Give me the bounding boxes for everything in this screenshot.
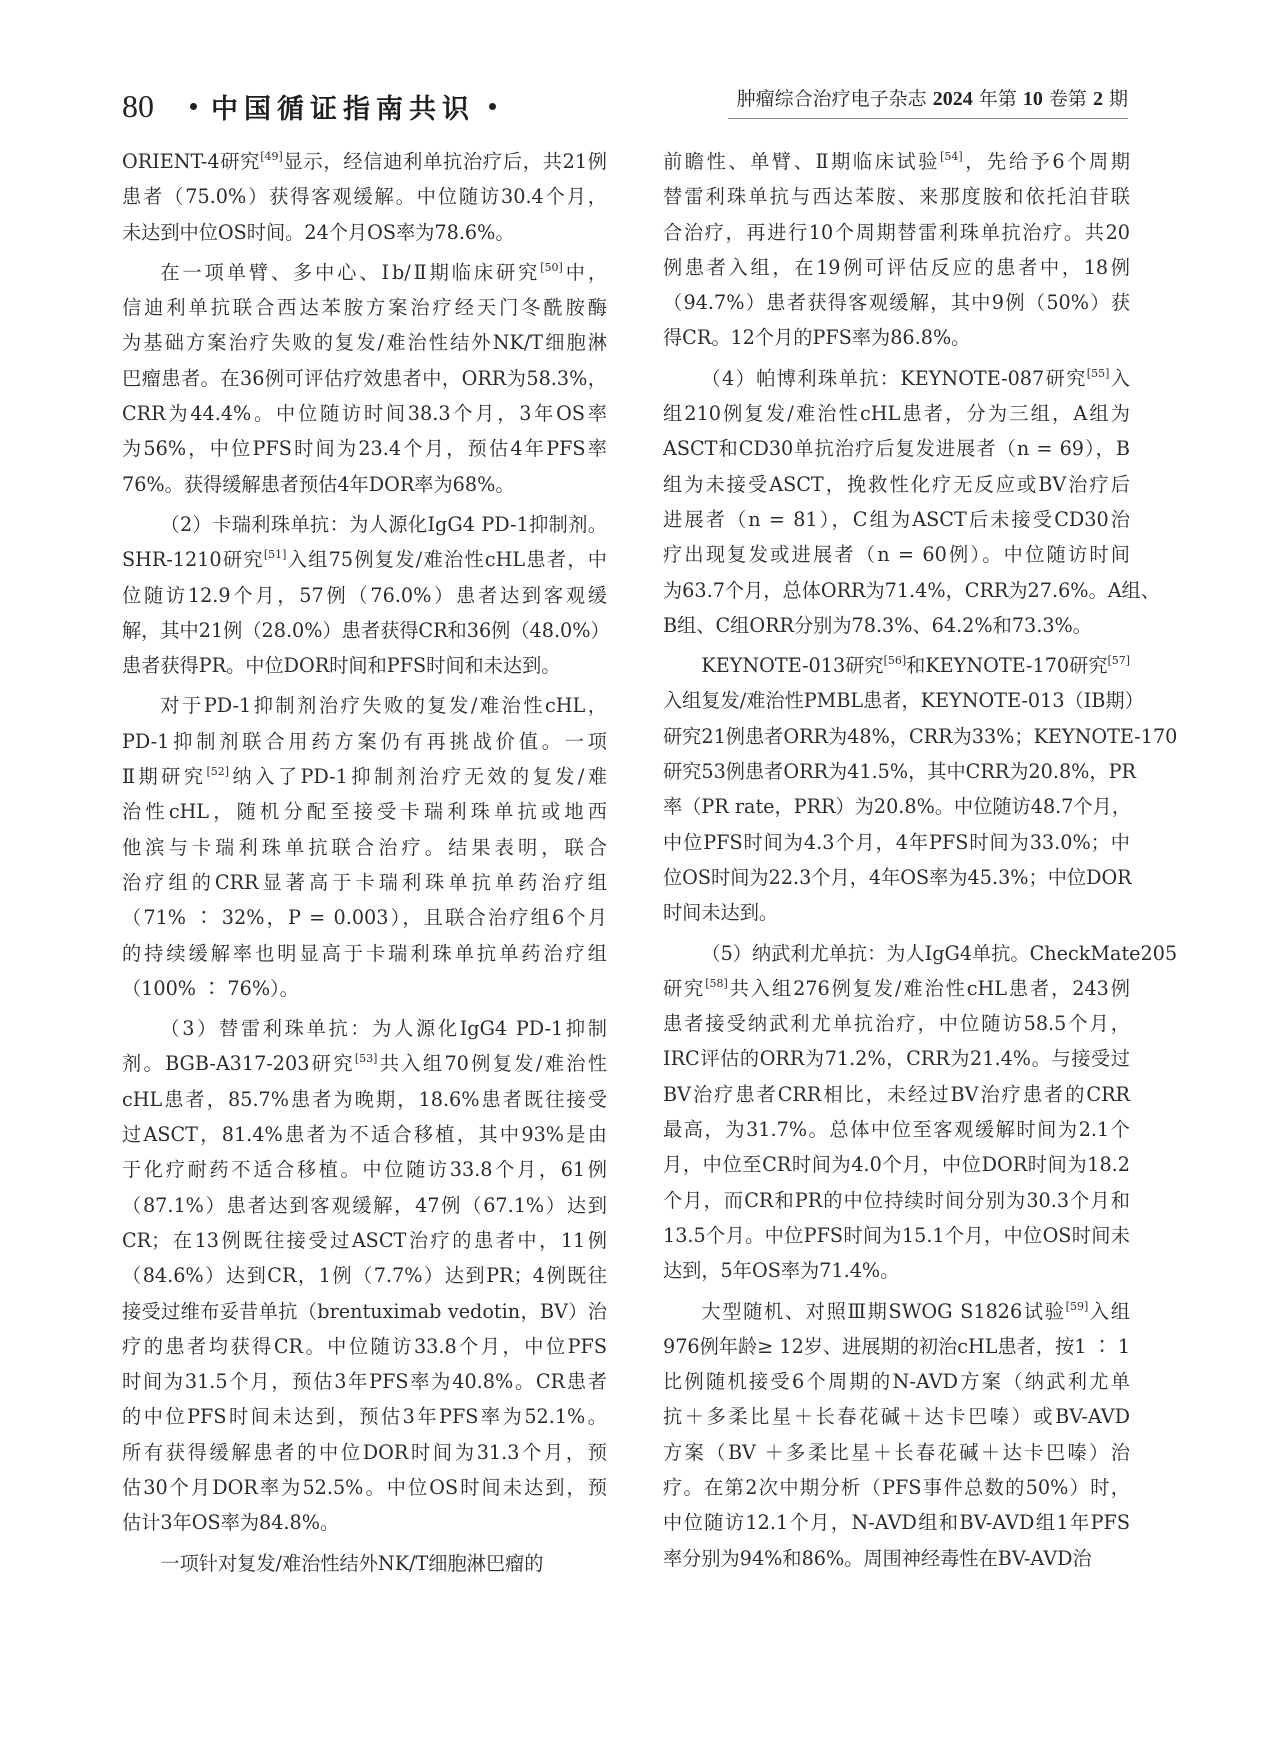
paragraph-p1: ORIENT-4研究[49]显示，经信迪利单抗治疗后，共21例患者（75.0%）…: [122, 144, 607, 250]
text-line: 方案（BV ＋多柔比星＋长春花碱＋达卡巴嗪）治: [663, 1435, 1130, 1470]
citation-reference[interactable]: [56]: [884, 654, 907, 667]
text-line: 月，中位至CR时间为4.0个月，中位DOR时间为18.2: [663, 1147, 1130, 1182]
text-line: Ⅱ期研究[52]纳入了PD-1抑制剂治疗无效的复发/难: [122, 759, 607, 794]
citation-reference[interactable]: [51]: [264, 548, 287, 561]
text-line: （71% ∶ 32%，P = 0.003），且联合治疗组6个月: [122, 900, 607, 935]
text-line: （5）纳武利尤单抗：为人IgG4单抗。CheckMate205: [663, 936, 1130, 971]
text-line: 组210例复发/难治性cHL患者，分为三组，A组为: [663, 396, 1130, 431]
citation-reference[interactable]: [55]: [1087, 367, 1110, 380]
text-line: 达到，5年OS率为71.4%。: [663, 1253, 1130, 1288]
right-text-column: 前瞻性、单臂、Ⅱ期临床试验[54]，先给予6个周期替雷利珠单抗与西达苯胺、来那度…: [663, 144, 1130, 1581]
text-line: 治性cHL，随机分配至接受卡瑞利珠单抗或地西: [122, 794, 607, 829]
page-number: 80: [122, 88, 154, 125]
text-line: 治疗组的CRR显著高于卡瑞利珠单抗单药治疗组: [122, 865, 607, 900]
text-line: 抗＋多柔比星＋长春花碱＋达卡巴嗪）或BV-AVD: [663, 1399, 1130, 1434]
text-line: 入组复发/难治性PMBL患者，KEYNOTE-013（ⅠB期）: [663, 683, 1130, 718]
text-line: 接受过维布妥昔单抗（brentuximab vedotin，BV）治: [122, 1294, 607, 1329]
text-line: 得CR。12个月的PFS率为86.8%。: [663, 320, 1130, 355]
paragraph-p10: （5）纳武利尤单抗：为人IgG4单抗。CheckMate205研究[58]共入组…: [663, 936, 1130, 1289]
text-line: SHR-1210研究[51]入组75例复发/难治性cHL患者，中: [122, 542, 607, 577]
paragraph-p7: 前瞻性、单臂、Ⅱ期临床试验[54]，先给予6个周期替雷利珠单抗与西达苯胺、来那度…: [663, 144, 1130, 356]
text-line: 率（PR rate，PRR）为20.8%。中位随访48.7个月，: [663, 789, 1130, 824]
citation-reference[interactable]: [50]: [540, 261, 563, 274]
text-line: 13.5个月。中位PFS时间为15.1个月，中位OS时间未: [663, 1218, 1130, 1253]
journal-volume: 10: [1023, 88, 1043, 110]
citation-reference[interactable]: [52]: [206, 765, 229, 778]
bullet-dot-icon: [190, 103, 197, 110]
text-line: 比例随机接受6个周期的N-AVD方案（纳武利尤单: [663, 1364, 1130, 1399]
text-line: 进展者（n = 81），C组为ASCT后未接受CD30治: [663, 502, 1130, 537]
text-line: （100% ∶ 76%）。: [122, 971, 607, 1006]
text-line: 估计3年OS率为84.8%。: [122, 1505, 607, 1540]
text-line: 研究[58]共入组276例复发/难治性cHL患者，243例: [663, 971, 1130, 1006]
issue-suffix: 期: [1109, 88, 1128, 110]
text-line: IRC评估的ORR为71.2%，CRR为21.4%。与接受过: [663, 1041, 1130, 1076]
text-line: 例患者入组，在19例可评估反应的患者中，18例: [663, 250, 1130, 285]
text-line: 中位PFS时间为4.3个月，4年PFS时间为33.0%；中: [663, 825, 1130, 860]
text-line: 最高，为31.7%。总体中位至客观缓解时间为2.1个: [663, 1112, 1130, 1147]
text-line: 解，其中21例（28.0%）患者获得CR和36例（48.0%）: [122, 613, 607, 648]
text-line: 研究53例患者ORR为41.5%，其中CRR为20.8%，PR: [663, 754, 1130, 789]
paragraph-p2: 在一项单臂、多中心、Ⅰb/Ⅱ期临床研究[50]中，信迪利单抗联合西达苯胺方案治疗…: [122, 255, 607, 502]
citation-reference[interactable]: [54]: [940, 150, 963, 163]
text-line: 的持续缓解率也明显高于卡瑞利珠单抗单药治疗组: [122, 936, 607, 971]
paragraph-p11: 大型随机、对照Ⅲ期SWOG S1826试验[59]入组976例年龄≥ 12岁、进…: [663, 1294, 1130, 1576]
text-line: 疗。在第2次中期分析（PFS事件总数的50%）时，: [663, 1470, 1130, 1505]
left-text-column: ORIENT-4研究[49]显示，经信迪利单抗治疗后，共21例患者（75.0%）…: [122, 144, 607, 1586]
paragraph-p8: （4）帕博利珠单抗：KEYNOTE-087研究[55]入组210例复发/难治性c…: [663, 361, 1130, 643]
citation-reference[interactable]: [53]: [355, 1052, 378, 1065]
page-header-left: 80 中国循证指南共识: [122, 84, 510, 128]
text-line: 替雷利珠单抗与西达苯胺、来那度胺和依托泊苷联: [663, 179, 1130, 214]
text-line: 时间未达到。: [663, 895, 1130, 930]
text-line: 中位随访12.1个月，N-AVD组和BV-AVD组1年PFS: [663, 1505, 1130, 1540]
text-line: ORIENT-4研究[49]显示，经信迪利单抗治疗后，共21例: [122, 144, 607, 179]
text-line: 位OS时间为22.3个月，4年OS率为45.3%；中位DOR: [663, 860, 1130, 895]
journal-name: 肿瘤综合治疗电子杂志: [737, 88, 927, 110]
text-line: CR；在13例既往接受过ASCT治疗的患者中，11例: [122, 1223, 607, 1258]
paragraph-p9: KEYNOTE-013研究[56]和KEYNOTE-170研究[57]入组复发/…: [663, 648, 1130, 930]
text-line: 患者接受纳武利尤单抗治疗，中位随访58.5个月，: [663, 1006, 1130, 1041]
text-line: 在一项单臂、多中心、Ⅰb/Ⅱ期临床研究[50]中，: [122, 255, 607, 290]
text-line: 患者获得PR。中位DOR时间和PFS时间和未达到。: [122, 648, 607, 683]
text-line: 研究21例患者ORR为48%，CRR为33%；KEYNOTE-170: [663, 719, 1130, 754]
text-line: 疗出现复发或进展者（n = 60例）。中位随访时间: [663, 537, 1130, 572]
citation-reference[interactable]: [59]: [1066, 1300, 1089, 1313]
journal-issue: 2: [1093, 88, 1103, 110]
text-line: 过ASCT，81.4%患者为不适合移植，其中93%是由: [122, 1117, 607, 1152]
text-line: 于化疗耐药不适合移植。中位随访33.8个月，61例: [122, 1152, 607, 1187]
text-line: 为56%，中位PFS时间为23.4个月，预估4年PFS率: [122, 431, 607, 466]
text-line: PD-1抑制剂联合用药方案仍有再挑战价值。一项: [122, 724, 607, 759]
text-line: （94.7%）患者获得客观缓解，其中9例（50%）获: [663, 285, 1130, 320]
text-line: 前瞻性、单臂、Ⅱ期临床试验[54]，先给予6个周期: [663, 144, 1130, 179]
citation-reference[interactable]: [57]: [1108, 654, 1131, 667]
text-line: （4）帕博利珠单抗：KEYNOTE-087研究[55]入: [663, 361, 1130, 396]
text-line: 他滨与卡瑞利珠单抗联合治疗。结果表明，联合: [122, 830, 607, 865]
paragraph-p3: （2）卡瑞利珠单抗：为人源化IgG4 PD-1抑制剂。SHR-1210研究[51…: [122, 507, 607, 683]
text-line: 位随访12.9个月，57例（76.0%）患者达到客观缓: [122, 578, 607, 613]
paragraph-p6: 一项针对复发/难治性结外NK/T细胞淋巴瘤的: [122, 1546, 607, 1581]
text-line: BV治疗患者CRR相比，未经过BV治疗患者的CRR: [663, 1077, 1130, 1112]
text-line: 率分别为94%和86%。周围神经毒性在BV-AVD治: [663, 1541, 1130, 1576]
year-suffix: 年第: [979, 88, 1017, 110]
text-line: 疗的患者均获得CR。中位随访33.8个月，中位PFS: [122, 1329, 607, 1364]
journal-citation-header: 肿瘤综合治疗电子杂志 2024 年第 10 卷第 2 期: [728, 84, 1128, 119]
text-line: （2）卡瑞利珠单抗：为人源化IgG4 PD-1抑制剂。: [122, 507, 607, 542]
volume-suffix: 卷第: [1049, 88, 1087, 110]
text-line: 个月，而CR和PR的中位持续时间分别为30.3个月和: [663, 1183, 1130, 1218]
bullet-dot-icon: [489, 103, 496, 110]
text-line: 为基础方案治疗失败的复发/难治性结外NK/T细胞淋: [122, 325, 607, 360]
text-line: 估30个月DOR率为52.5%。中位OS时间未达到，预: [122, 1470, 607, 1505]
text-line: 的中位PFS时间未达到，预估3年PFS率为52.1%。: [122, 1399, 607, 1434]
text-line: （84.6%）达到CR，1例（7.7%）达到PR；4例既往: [122, 1258, 607, 1293]
text-line: 976例年龄≥ 12岁、进展期的初治cHL患者，按1 ∶ 1: [663, 1329, 1130, 1364]
citation-reference[interactable]: [58]: [705, 977, 728, 990]
text-line: KEYNOTE-013研究[56]和KEYNOTE-170研究[57]: [663, 648, 1130, 683]
text-line: 所有获得缓解患者的中位DOR时间为31.3个月，预: [122, 1435, 607, 1470]
text-line: 剂。BGB-A317-203研究[53]共入组70例复发/难治性: [122, 1046, 607, 1081]
text-line: （87.1%）患者达到客观缓解，47例（67.1%）达到: [122, 1188, 607, 1223]
text-line: 为63.7个月，总体ORR为71.4%，CRR为27.6%。A组、: [663, 573, 1130, 608]
text-line: 对于PD-1抑制剂治疗失败的复发/难治性cHL，: [122, 688, 607, 723]
text-line: ASCT和CD30单抗治疗后复发进展者（n = 69），B: [663, 431, 1130, 466]
citation-reference[interactable]: [49]: [260, 150, 283, 163]
text-line: 患者（75.0%）获得客观缓解。中位随访30.4个月，: [122, 179, 607, 214]
text-line: 组为未接受ASCT，挽救性化疗无反应或BV治疗后: [663, 467, 1130, 502]
section-title: 中国循证指南共识: [211, 87, 475, 126]
text-line: 大型随机、对照Ⅲ期SWOG S1826试验[59]入组: [663, 1294, 1130, 1329]
text-line: 76%。获得缓解患者预估4年DOR率为68%。: [122, 467, 607, 502]
journal-year: 2024: [933, 88, 973, 110]
text-line: 合治疗，再进行10个周期替雷利珠单抗治疗。共20: [663, 215, 1130, 250]
text-line: 巴瘤患者。在36例可评估疗效患者中，ORR为58.3%，: [122, 361, 607, 396]
text-line: （3）替雷利珠单抗：为人源化IgG4 PD-1抑制: [122, 1011, 607, 1046]
paragraph-p5: （3）替雷利珠单抗：为人源化IgG4 PD-1抑制剂。BGB-A317-203研…: [122, 1011, 607, 1540]
paragraph-p4: 对于PD-1抑制剂治疗失败的复发/难治性cHL，PD-1抑制剂联合用药方案仍有再…: [122, 688, 607, 1006]
text-line: 一项针对复发/难治性结外NK/T细胞淋巴瘤的: [122, 1546, 607, 1581]
text-line: B组、C组ORR分别为78.3%、64.2%和73.3%。: [663, 608, 1130, 643]
text-line: 信迪利单抗联合西达苯胺方案治疗经天门冬酰胺酶: [122, 290, 607, 325]
text-line: CRR为44.4%。中位随访时间38.3个月，3年OS率: [122, 396, 607, 431]
text-line: cHL患者，85.7%患者为晚期，18.6%患者既往接受: [122, 1082, 607, 1117]
text-line: 时间为31.5个月，预估3年PFS率为40.8%。CR患者: [122, 1364, 607, 1399]
text-line: 未达到中位OS时间。24个月OS率为78.6%。: [122, 215, 607, 250]
